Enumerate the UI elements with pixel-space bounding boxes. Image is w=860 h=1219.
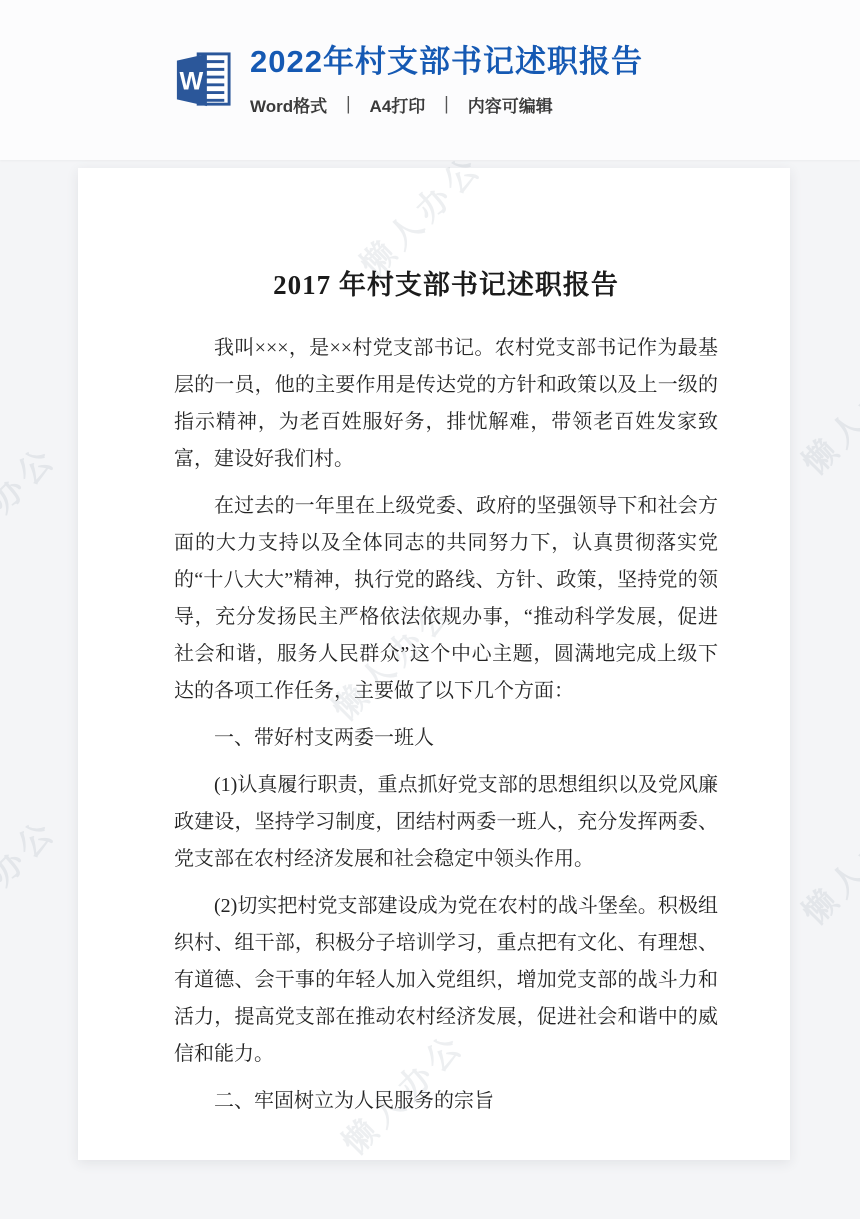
meta-format: Word格式 bbox=[250, 92, 327, 117]
watermark: 懒人办公 bbox=[0, 433, 66, 577]
doc-paragraph: 在过去的一年里在上级党委、政府的坚强领导下和社会方面的大力支持以及全体同志的共同… bbox=[174, 488, 718, 710]
doc-section-heading: 一、带好村支两委一班人 bbox=[174, 720, 718, 757]
page-title: 2022年村支部书记述职报告 bbox=[250, 44, 643, 80]
file-meta-row: Word格式 | A4打印 | 内容可编辑 bbox=[250, 92, 643, 117]
page-canvas: W 2022年村支部书记述职报告 Word格式 | A4打印 | 内容可编辑 懒… bbox=[0, 0, 860, 1219]
header-text: 2022年村支部书记述职报告 Word格式 | A4打印 | 内容可编辑 bbox=[250, 44, 643, 117]
doc-paragraph: (1)认真履行职责，重点抓好党支部的思想组织以及党风廉政建设，坚持学习制度，团结… bbox=[174, 767, 718, 878]
watermark: 懒人办公 bbox=[790, 790, 860, 934]
meta-separator: | bbox=[346, 93, 350, 115]
word-file-icon: W bbox=[174, 49, 232, 111]
doc-section-heading: 二、牢固树立为人民服务的宗旨 bbox=[174, 1083, 718, 1120]
doc-paragraph: 我叫×××，是××村党支部书记。农村党支部书记作为最基层的一员，他的主要作用是传… bbox=[174, 330, 718, 478]
site-header: W 2022年村支部书记述职报告 Word格式 | A4打印 | 内容可编辑 bbox=[0, 0, 860, 160]
watermark: 懒人办公 bbox=[348, 142, 492, 286]
watermark: 懒人办公 bbox=[790, 340, 860, 484]
watermark: 懒人办公 bbox=[0, 806, 66, 950]
meta-editable: 内容可编辑 bbox=[468, 92, 553, 117]
meta-separator: | bbox=[444, 93, 448, 115]
document-preview-page: 懒人办公 懒人办公 懒人办公 2017 年村支部书记述职报告 我叫×××，是××… bbox=[78, 168, 790, 1160]
meta-print: A4打印 bbox=[370, 92, 426, 117]
doc-paragraph: (2)切实把村党支部建设成为党在农村的战斗堡垒。积极组织村、组干部，积极分子培训… bbox=[174, 888, 718, 1073]
word-icon-letter: W bbox=[180, 68, 204, 96]
document-title: 2017 年村支部书记述职报告 bbox=[174, 266, 718, 304]
